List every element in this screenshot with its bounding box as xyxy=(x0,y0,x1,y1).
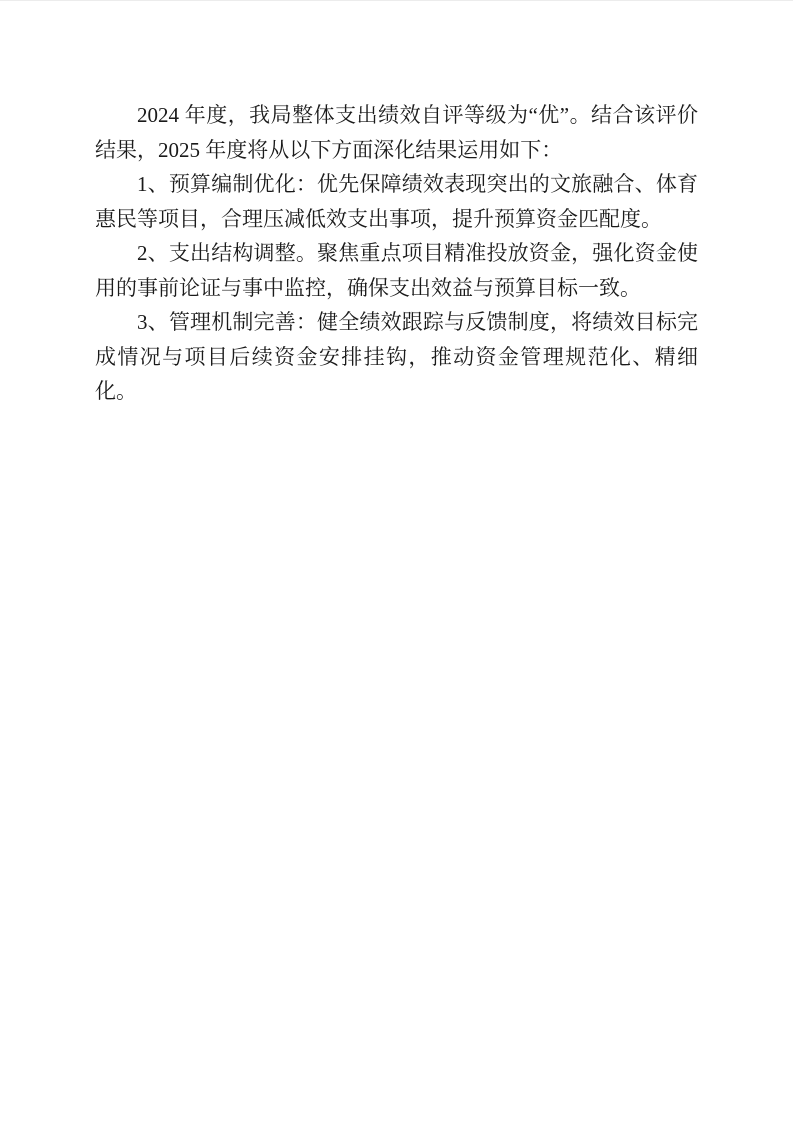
document-body: 2024 年度，我局整体支出绩效自评等级为“优”。结合该评价结果，2025 年度… xyxy=(95,98,698,409)
paragraph-item-3-management-mechanism: 3、管理机制完善：健全绩效跟踪与反馈制度，将绩效目标完成情况与项目后续资金安排挂… xyxy=(95,305,698,409)
document-page: 2024 年度，我局整体支出绩效自评等级为“优”。结合该评价结果，2025 年度… xyxy=(0,0,793,1122)
paragraph-intro: 2024 年度，我局整体支出绩效自评等级为“优”。结合该评价结果，2025 年度… xyxy=(95,98,698,167)
paragraph-item-2-expenditure-structure: 2、支出结构调整。聚焦重点项目精准投放资金，强化资金使用的事前论证与事中监控，确… xyxy=(95,236,698,305)
paragraph-item-1-budget-optimization: 1、预算编制优化：优先保障绩效表现突出的文旅融合、体育惠民等项目，合理压减低效支… xyxy=(95,167,698,236)
